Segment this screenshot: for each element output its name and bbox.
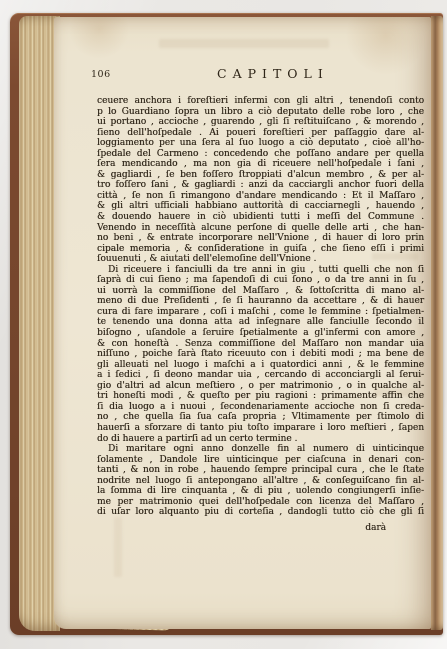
text-line: ceuere anchora i foreſtieri infermi con …: [97, 96, 424, 107]
text-line: città , ſe non ſi rimangono d'andare men…: [97, 191, 424, 202]
page-header: 106 CAPITOLI: [54, 17, 431, 57]
text-line: p lo Guardiano ſopra un libro a ciò depu…: [97, 107, 424, 118]
text-line: do di hauere a partirſi ad un certo term…: [97, 434, 424, 445]
text-line: gio d'altri ad alcun meſtiero , o per ma…: [97, 381, 424, 392]
text-line: no beni , & entrate incorporare nell'Vni…: [97, 233, 424, 244]
text-line: cura di fare imparare , coſi i maſchi , …: [97, 307, 424, 318]
text-line: ſouuenuti , & aiutati dell'elemoſine del…: [97, 254, 424, 265]
text-line: ſolamente , Dandole lire uinticinque per…: [97, 455, 424, 466]
text-line: me per matrimonio quei dell'hoſpedale co…: [97, 497, 424, 508]
text-lines: ceuere anchora i foreſtieri infermi con …: [97, 96, 424, 533]
text-line: la ſomma di lire cinquanta , & di piu , …: [97, 486, 424, 497]
text-line: & gli altri ufficiali habbiano auttorità…: [97, 201, 424, 212]
text-line: & con honeſtà . Senza commiſſione del Ma…: [97, 339, 424, 350]
catchword: darà: [97, 523, 424, 534]
text-line: loggiamento per una ſera al ſuo luogo a …: [97, 138, 424, 149]
photo-background: 106 CAPITOLI ceuere anchora i foreſtieri…: [0, 0, 447, 649]
text-line: di uſar loro alquanto piu di corteſia , …: [97, 507, 424, 518]
text-line: ſera mendicando , ma non gia di riceuere…: [97, 159, 424, 170]
text-line: ſi dia luogo a i nuoui , ſecondenariamen…: [97, 402, 424, 413]
text-line: te tenendo una donna atta ad inſegnare a…: [97, 317, 424, 328]
text-line: ui portano , accioche , guarendo , gli ſ…: [97, 117, 424, 128]
text-line: no , che quella ſia ſua caſa propria ; V…: [97, 412, 424, 423]
text-line: ſieno dell'hoſpedale . Ai poueri foreſti…: [97, 128, 424, 139]
text-line: tanti , & non in robe , hauendo ſempre p…: [97, 465, 424, 476]
text-line: Di maritare ogni anno donzelle fin al nu…: [97, 444, 424, 455]
text-line: hauerſi a sforzare di tanto piu toſto im…: [97, 423, 424, 434]
book-page: 106 CAPITOLI ceuere anchora i foreſtieri…: [54, 17, 431, 629]
text-line: meno di due Preſidenti , ſe ſi hauranno …: [97, 296, 424, 307]
page-number: 106: [91, 69, 111, 80]
text-line: & gagliardi , ſe ben foſſero ſtroppiati …: [97, 170, 424, 181]
text-line: ſpedale del Carmeno : concedendo che poſ…: [97, 149, 424, 160]
text-line: tri honeſti modi , & queſto per piu ragi…: [97, 391, 424, 402]
text-line: Venendo in neceſſità alcune perſone di q…: [97, 223, 424, 234]
text-line: tro foſſero ſani , & gagliardi : anzi da…: [97, 180, 424, 191]
text-line: niſſuno , poiche ſarà ſtato riceuuto con…: [97, 349, 424, 360]
text-line: nodrite nel luogo ſi antepongano all'alt…: [97, 476, 424, 487]
text-line: & douendo hauere in ciò ubidienti tutti …: [97, 212, 424, 223]
running-title: CAPITOLI: [217, 66, 329, 81]
text-line: gli alleuati nel luogo i maſchi a i quat…: [97, 360, 424, 371]
text-line: a i ſedici , ſi deono mandar uia , cerca…: [97, 370, 424, 381]
text-line: ſaprà di cui ſieno ; ma ſapendoſi di cui…: [97, 275, 424, 286]
gutter-edge: [431, 16, 443, 630]
text-line: Di riceuere i fanciulli da tre anni in g…: [97, 265, 424, 276]
text-line: cipale memoria , & conſideratione in gui…: [97, 244, 424, 255]
text-line: ui uorrà la commiſſione del Maſſaro , & …: [97, 286, 424, 297]
text-line: biſogno , uſandole a ſeruire ſpetialment…: [97, 328, 424, 339]
